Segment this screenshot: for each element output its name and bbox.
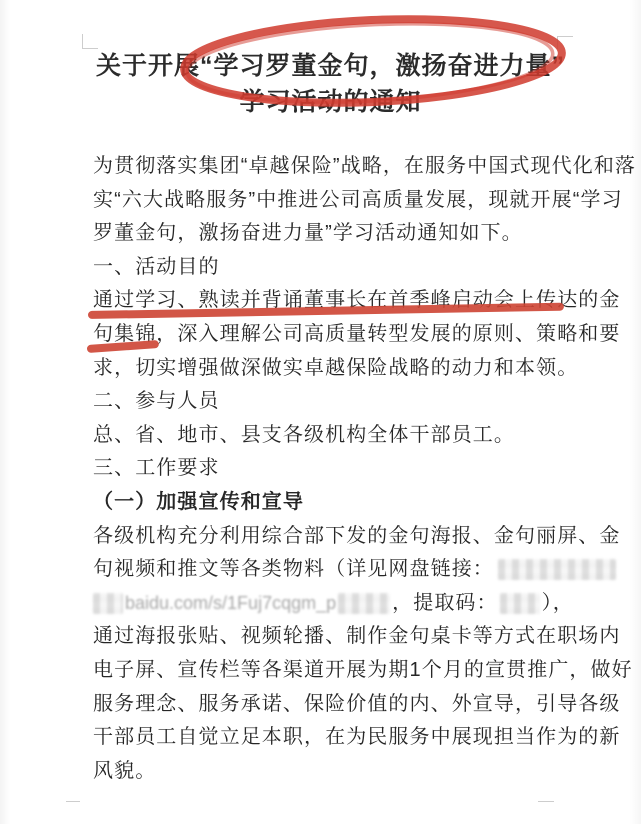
doc-line: 总、省、地市、县支各级机构全体干部员工。 — [93, 419, 575, 453]
doc-line: 服务理念、服务承诺、保险价值的内、外宣导，引导各级 — [93, 688, 575, 722]
doc-line: 实“六大战略服务”中推进公司高质量发展，现就开展“学习 — [93, 184, 575, 218]
doc-line-text: 句视频和推文等各类物料（详见网盘链接： — [93, 558, 494, 580]
doc-heading-1: 一、活动目的 — [93, 251, 575, 285]
doc-heading-2: 二、参与人员 — [93, 385, 575, 419]
doc-line: 各级机构充分利用综合部下发的金句海报、金句丽屏、金 — [93, 520, 575, 554]
doc-line: 罗董金句，激扬奋进力量”学习活动通知如下。 — [93, 217, 575, 251]
doc-line-netdisk-link: baidu.com/s/1Fuj7cqgm_p ，提取码： ）， — [93, 587, 575, 621]
page-margin-mark-bottom-right — [538, 801, 554, 802]
doc-line-underlined: 通过学习、熟读并背诵董事长在首季峰启动会上传达的金 — [93, 284, 575, 318]
link-line-tail: ）， — [542, 587, 574, 621]
document-title-line1: 关于开展“学习罗董金句，激扬奋进力量” — [70, 48, 591, 84]
doc-line-with-redaction: 句视频和推文等各类物料（详见网盘链接： — [93, 553, 575, 587]
document-title: 关于开展“学习罗董金句，激扬奋进力量” 学习活动的通知 — [70, 48, 591, 120]
doc-line: 通过海报张贴、视频轮播、制作金句桌卡等方式在职场内 — [93, 620, 575, 654]
doc-line-underlined: 句集锦，深入理解公司高质量转型发展的原则、策略和要 — [93, 318, 575, 352]
netdisk-url-fragment: baidu.com/s/1Fuj7cqgm_p — [125, 587, 336, 621]
blur-redaction-code — [500, 593, 540, 614]
blur-redaction-link-start — [498, 559, 616, 580]
doc-line: 为贯彻落实集团“卓越保险”战略，在服务中国式现代化和落 — [93, 150, 575, 184]
page-margin-mark-bottom-left — [66, 801, 80, 802]
page-margin-mark-top-left — [82, 34, 98, 49]
document-body: 为贯彻落实集团“卓越保险”战略，在服务中国式现代化和落 实“六大战略服务”中推进… — [93, 150, 575, 788]
doc-subheading-bold: （一）加强宣传和宣导 — [93, 486, 575, 520]
document-title-line2: 学习活动的通知 — [70, 84, 591, 120]
extraction-code-label: ，提取码： — [392, 587, 498, 621]
doc-heading-3: 三、工作要求 — [93, 452, 575, 486]
doc-line: 干部员工自觉立足本职，在为民服务中展现担当作为的新 — [93, 721, 575, 755]
blur-redaction-url-middle — [338, 593, 390, 614]
document-page: 关于开展“学习罗董金句，激扬奋进力量” 学习活动的通知 为贯彻落实集团“卓越保险… — [0, 0, 641, 824]
blur-redaction-url-prefix — [93, 593, 123, 614]
doc-line: 求，切实增强做深做实卓越保险战略的动力和本领。 — [93, 352, 575, 386]
doc-line: 风貌。 — [93, 755, 575, 789]
doc-line: 电子屏、宣传栏等各渠道开展为期1个月的宣贯推广，做好 — [93, 654, 575, 688]
